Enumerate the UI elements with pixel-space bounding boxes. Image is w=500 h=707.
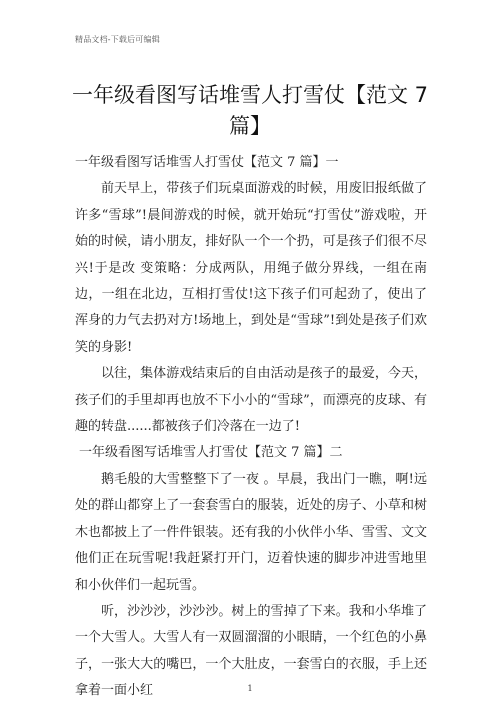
document-title-line-2: 篇】	[229, 114, 271, 138]
document-title: 一年级看图写话堆雪人打雪仗【范文 7 篇】	[70, 80, 430, 142]
paragraph: 前天早上，带孩子们玩桌面游戏的时候，用废旧报纸做了许多“雪球”!晨间游戏的时候，…	[75, 176, 427, 361]
page-number: 1	[0, 684, 500, 693]
section-heading-2: 一年级看图写话堆雪人打雪仗【范文 7 篇】二	[75, 440, 427, 466]
paragraph: 鹅毛般的大雪整整下了一夜 。早晨，我出门一瞧，啊!远处的群山都穿上了一套套雪白的…	[75, 467, 427, 599]
paragraph: 以往，集体游戏结束后的自由活动是孩子的最爱，今天，孩子们的手里却再也放不下小小的…	[75, 361, 427, 440]
document-body: 一年级看图写话堆雪人打雪仗【范文 7 篇】一 前天早上，带孩子们玩桌面游戏的时候…	[75, 150, 427, 705]
document-title-line-1: 一年级看图写话堆雪人打雪仗【范文 7	[72, 83, 428, 107]
page-header-note: 精品文档-下载后可编辑	[75, 34, 160, 45]
section-heading-1: 一年级看图写话堆雪人打雪仗【范文 7 篇】一	[75, 150, 427, 176]
